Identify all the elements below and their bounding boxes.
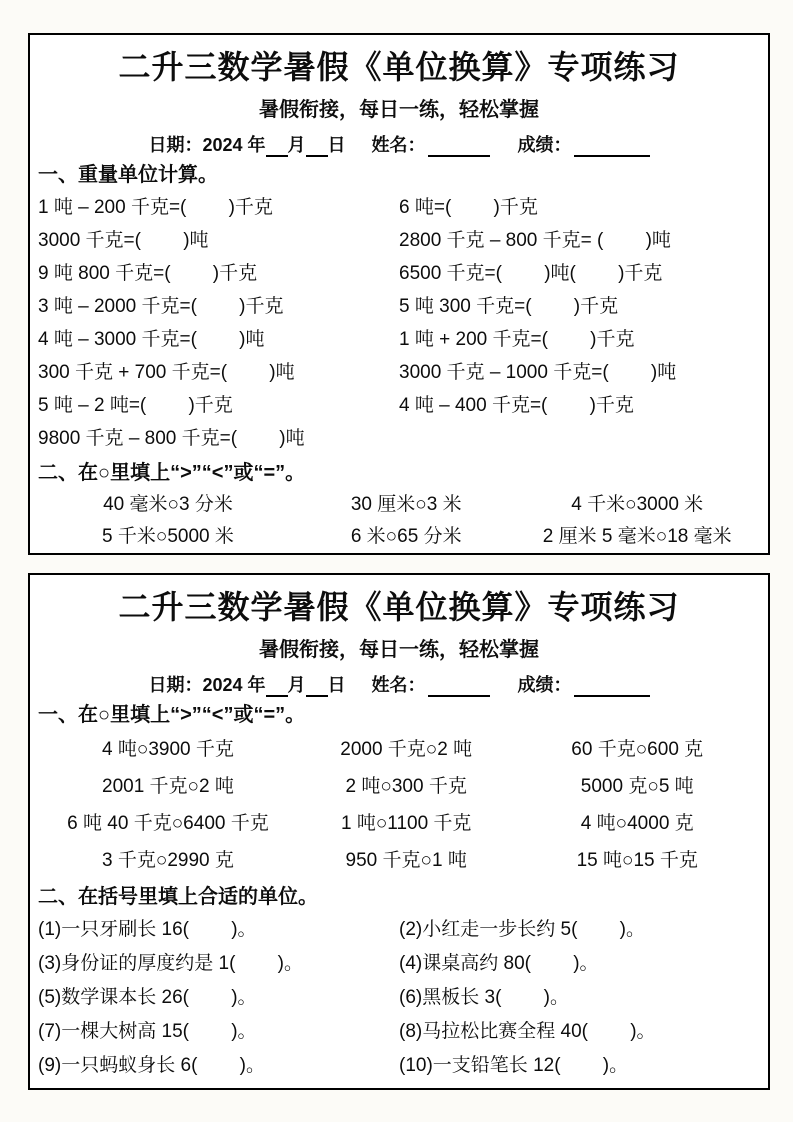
problem-item: 1 吨○1100 千克 xyxy=(298,805,515,842)
problem-item: 5 吨 – 2 吨=( )千克 xyxy=(38,389,399,422)
page-title: 二升三数学暑假《单位换算》专项练习 xyxy=(38,589,760,626)
page-subtitle: 暑假衔接，每日一练，轻松掌握 xyxy=(38,93,760,122)
problem-item: 9800 千克 – 800 千克=( )吨 xyxy=(38,422,399,455)
meta-line: 日期：2024 年月日姓名：成绩： xyxy=(38,131,760,157)
score-label: 成绩： xyxy=(518,675,572,695)
problem-item: 6 米○65 分米 xyxy=(298,521,515,553)
month-label: 月 xyxy=(288,675,306,695)
day-label: 日 xyxy=(328,135,346,155)
section-heading: 一、重量单位计算。 xyxy=(38,162,760,188)
problem-item: 4 千米○3000 米 xyxy=(515,489,760,521)
problem-item: (4)课桌高约 80( )。 xyxy=(399,947,760,981)
problem-item: 2800 千克 – 800 千克= ( )吨 xyxy=(399,224,760,257)
problem-item: (2)小红走一步长约 5( )。 xyxy=(399,913,760,947)
problem-item: (9)一只蚂蚁身长 6( )。 xyxy=(38,1049,399,1083)
problem-item: (10)一支铅笔长 12( )。 xyxy=(399,1049,760,1083)
problem-item: 6 吨 40 千克○6400 千克 xyxy=(38,805,298,842)
meta-line: 日期：2024 年月日姓名：成绩： xyxy=(38,671,760,697)
problem-item: 3 千克○2990 克 xyxy=(38,842,298,879)
problem-item: 15 吨○15 千克 xyxy=(515,842,760,879)
page-title: 二升三数学暑假《单位换算》专项练习 xyxy=(38,49,760,86)
section-heading: 二、在括号里填上合适的单位。 xyxy=(38,884,760,910)
weight-problems-left-column: 1 吨 – 200 千克=( )千克 3000 千克=( )吨 9 吨 800 … xyxy=(38,191,399,455)
problem-item: 2 厘米 5 毫米○18 毫米 xyxy=(515,521,760,553)
problem-item: 6 吨=( )千克 xyxy=(399,191,760,224)
compare-problems: 4 吨○3900 千克 2000 千克○2 吨 60 千克○600 克 2001… xyxy=(38,731,760,879)
unit-fill-problems: (1)一只牙刷长 16( )。 (2)小红走一步长约 5( )。 (3)身份证的… xyxy=(38,913,760,1083)
page-subtitle: 暑假衔接，每日一练，轻松掌握 xyxy=(38,633,760,662)
problem-item: 2 吨○300 千克 xyxy=(298,768,515,805)
day-blank xyxy=(306,678,328,697)
name-label: 姓名： xyxy=(372,135,426,155)
score-blank xyxy=(574,678,650,697)
problem-item: 4 吨○3900 千克 xyxy=(38,731,298,768)
problem-item: 300 千克 + 700 千克=( )吨 xyxy=(38,356,399,389)
problem-item: 30 厘米○3 米 xyxy=(298,489,515,521)
worksheet-panel-2: 二升三数学暑假《单位换算》专项练习 暑假衔接，每日一练，轻松掌握 日期：2024… xyxy=(28,573,770,1090)
problem-item: (1)一只牙刷长 16( )。 xyxy=(38,913,399,947)
day-label: 日 xyxy=(328,675,346,695)
problem-item: 2000 千克○2 吨 xyxy=(298,731,515,768)
problem-item: (5)数学课本长 26( )。 xyxy=(38,981,399,1015)
month-label: 月 xyxy=(288,135,306,155)
name-blank xyxy=(428,678,490,697)
weight-problems-right-column: 6 吨=( )千克 2800 千克 – 800 千克= ( )吨 6500 千克… xyxy=(399,191,760,455)
problem-item: 4 吨○4000 克 xyxy=(515,805,760,842)
problem-item: (6)黑板长 3( )。 xyxy=(399,981,760,1015)
worksheet-sheet: 二升三数学暑假《单位换算》专项练习 暑假衔接，每日一练，轻松掌握 日期：2024… xyxy=(0,0,793,1122)
score-blank xyxy=(574,138,650,157)
problem-item: 950 千克○1 吨 xyxy=(298,842,515,879)
problem-item: 3000 千克=( )吨 xyxy=(38,224,399,257)
name-label: 姓名： xyxy=(372,675,426,695)
date-label: 日期：2024 年 xyxy=(148,675,265,695)
problem-item: 1 吨 + 200 千克=( )千克 xyxy=(399,323,760,356)
compare-problems: 40 毫米○3 分米 30 厘米○3 米 4 千米○3000 米 5 千米○50… xyxy=(38,489,760,553)
problem-item: 5 千米○5000 米 xyxy=(38,521,298,553)
problem-item: (3)身份证的厚度约是 1( )。 xyxy=(38,947,399,981)
problem-item: 5000 克○5 吨 xyxy=(515,768,760,805)
problem-item: 4 吨 – 3000 千克=( )吨 xyxy=(38,323,399,356)
problem-item: 9 吨 800 千克=( )千克 xyxy=(38,257,399,290)
problem-item: 3000 千克 – 1000 千克=( )吨 xyxy=(399,356,760,389)
section-heading: 二、在○里填上“>”“<”或“=”。 xyxy=(38,460,760,486)
problem-item: 60 千克○600 克 xyxy=(515,731,760,768)
problem-item: 4 吨 – 400 千克=( )千克 xyxy=(399,389,760,422)
problem-item: 2001 千克○2 吨 xyxy=(38,768,298,805)
problem-item: 5 吨 300 千克=( )千克 xyxy=(399,290,760,323)
day-blank xyxy=(306,138,328,157)
month-blank xyxy=(266,138,288,157)
worksheet-panel-1: 二升三数学暑假《单位换算》专项练习 暑假衔接，每日一练，轻松掌握 日期：2024… xyxy=(28,33,770,555)
problem-item: 1 吨 – 200 千克=( )千克 xyxy=(38,191,399,224)
problem-item: 40 毫米○3 分米 xyxy=(38,489,298,521)
score-label: 成绩： xyxy=(518,135,572,155)
name-blank xyxy=(428,138,490,157)
problem-item: 6500 千克=( )吨( )千克 xyxy=(399,257,760,290)
problem-item: (8)马拉松比赛全程 40( )。 xyxy=(399,1015,760,1049)
section-heading: 一、在○里填上“>”“<”或“=”。 xyxy=(38,702,760,728)
problem-item: 3 吨 – 2000 千克=( )千克 xyxy=(38,290,399,323)
month-blank xyxy=(266,678,288,697)
date-label: 日期：2024 年 xyxy=(148,135,265,155)
weight-problems: 1 吨 – 200 千克=( )千克 3000 千克=( )吨 9 吨 800 … xyxy=(38,191,760,455)
problem-item: (7)一棵大树高 15( )。 xyxy=(38,1015,399,1049)
